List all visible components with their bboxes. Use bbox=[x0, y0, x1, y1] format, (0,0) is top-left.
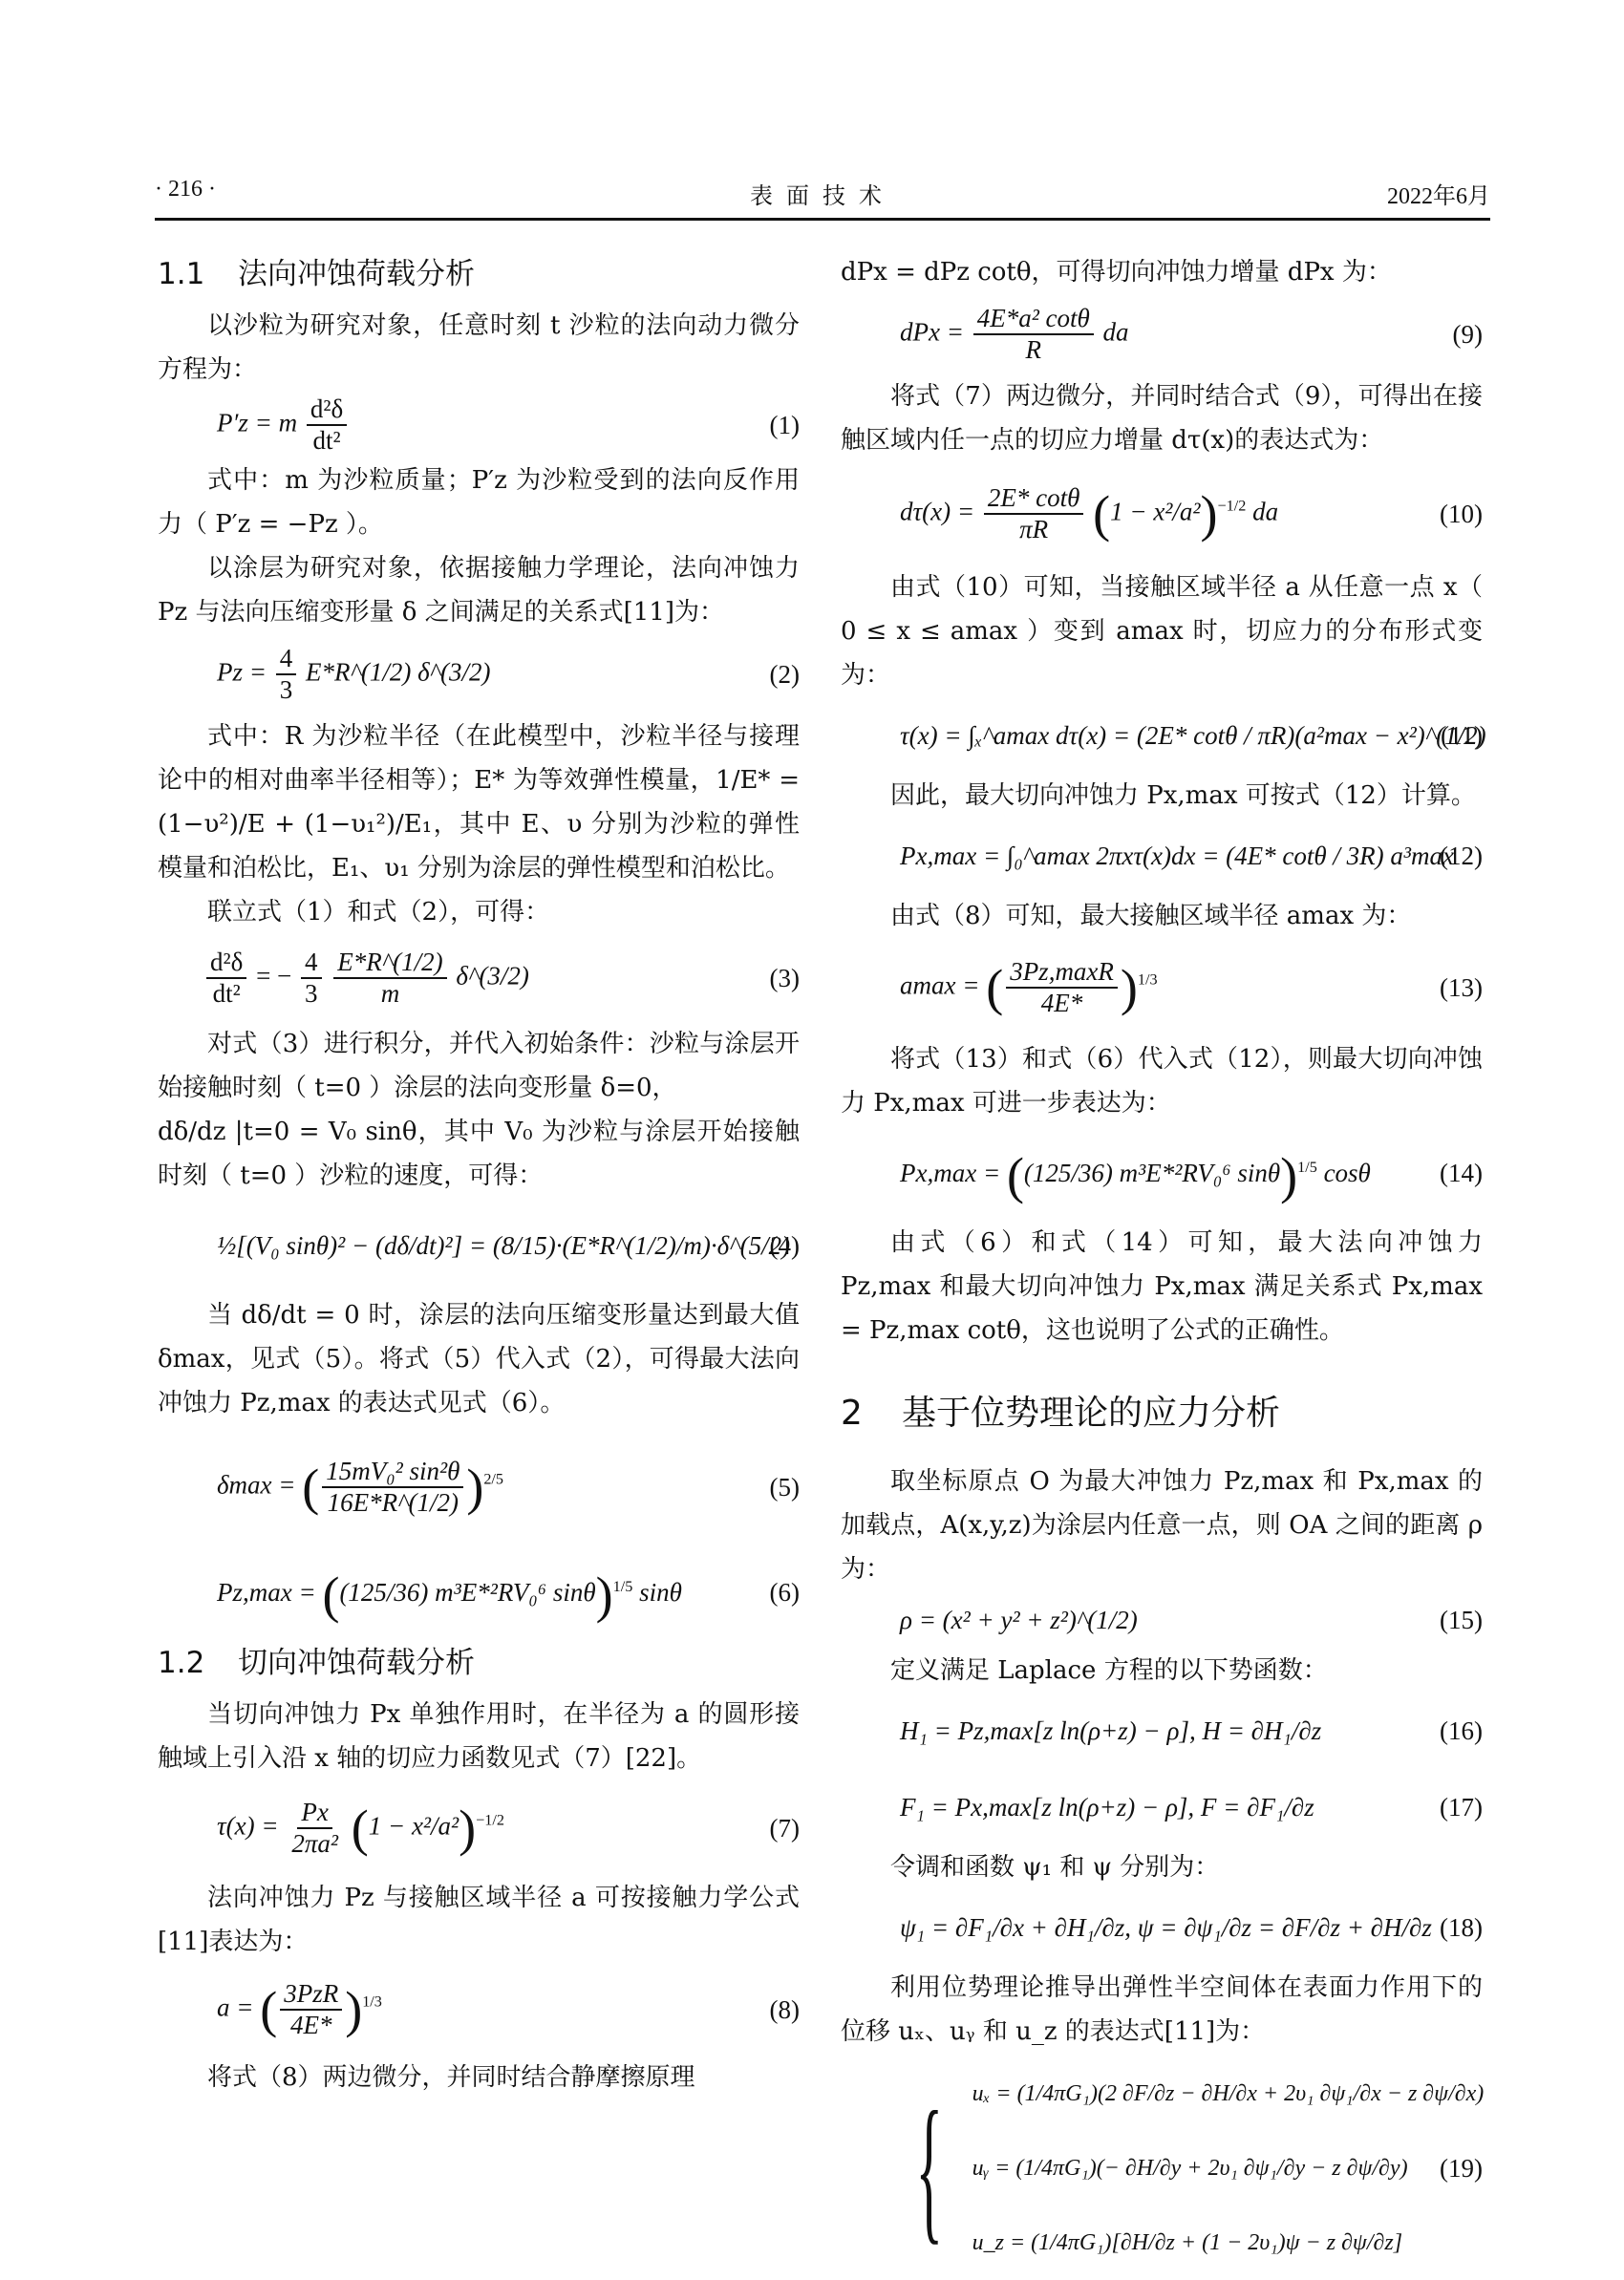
eq-denominator: 3 bbox=[276, 675, 297, 705]
paragraph: 由式（8）可知，最大接触区域半径 amax 为： bbox=[841, 894, 1483, 938]
eq-lhs: P′z = m bbox=[217, 408, 297, 437]
eq-expression: ρ = (x² + y² + z²)^(1/2) bbox=[900, 1598, 1138, 1642]
eq-denominator: 3 bbox=[301, 979, 322, 1009]
section-heading-1-2: 1.2切向冲蚀荷载分析 bbox=[158, 1639, 800, 1687]
eq-lhs: Pz = bbox=[217, 657, 267, 686]
eq-lhs: δmax = bbox=[217, 1470, 296, 1499]
eq-inner: 1 − x²/a² bbox=[1110, 497, 1200, 525]
left-brace: { bbox=[916, 2087, 944, 2249]
paragraph: 当切向冲蚀力 Px 单独作用时，在半径为 a 的圆形接触域上引入沿 x 轴的切应… bbox=[158, 1693, 800, 1780]
eq-denominator: 4E* bbox=[1037, 989, 1087, 1018]
eq-exponent: 1/5 bbox=[1297, 1159, 1317, 1176]
equation-number: (6) bbox=[770, 1570, 800, 1614]
issue-date: 2022年6月 bbox=[1387, 177, 1490, 210]
eq-lhs: τ(x) = bbox=[217, 1811, 279, 1840]
equation-10: dτ(x) = 2E* cotθπR (1 − x²/a²)−1/2 da (1… bbox=[841, 462, 1483, 565]
equation-17: F₁ = Px,max[z ln(ρ+z) − ρ], F = ∂F₁/∂z (… bbox=[841, 1769, 1483, 1845]
eq-lhs: a = bbox=[217, 1992, 253, 2021]
paragraph: 令调和函数 ψ₁ 和 ψ 分别为： bbox=[841, 1845, 1483, 1889]
equation-number: (12) bbox=[1440, 834, 1483, 878]
eq-numerator: 2E* cotθ bbox=[984, 483, 1084, 515]
eq-numerator: 4E*a² cotθ bbox=[973, 304, 1094, 335]
equation-1: P′z = m d²δdt² (1) bbox=[158, 392, 800, 458]
eq-exponent: −1/2 bbox=[1217, 497, 1246, 514]
section-number: 1.2 bbox=[158, 1639, 238, 1687]
eq-row-uy: uᵧ = (1/4πG₁)(− ∂H/∂y + 2υ₁ ∂ψ₁/∂y − z ∂… bbox=[972, 2132, 1485, 2205]
paragraph: 取坐标原点 O 为最大冲蚀力 Pz,max 和 Px,max 的加载点，A(x,… bbox=[841, 1460, 1483, 1591]
equation-number: (1) bbox=[770, 403, 800, 447]
running-header: · 216 · 表面技术 2022年6月 bbox=[155, 177, 1490, 211]
eq-expression: Px,max = ∫₀^amax 2πxτ(x)dx = (4E* cotθ /… bbox=[900, 834, 1454, 878]
equation-19: { uₓ = (1/4πG₁)(2 ∂F/∂z − ∂H/∂x + 2υ₁ ∂ψ… bbox=[841, 2054, 1483, 2280]
paragraph: 式中：R 为沙粒半径（在此模型中，沙粒半径与接理论中的相对曲率半径相等）；E* … bbox=[158, 714, 800, 890]
section-heading-1-1: 1.1法向冲蚀荷载分析 bbox=[158, 250, 800, 298]
eq-numerator: Px bbox=[297, 1798, 331, 1829]
eq-tail: da bbox=[1103, 317, 1129, 346]
eq-expression: ψ₁ = ∂F₁/∂x + ∂H₁/∂z, ψ = ∂ψ₁/∂z = ∂F/∂z… bbox=[900, 1906, 1432, 1950]
equation-3: d²δdt² = − 43 E*R^(1/2)m δ^(3/2) (3) bbox=[158, 934, 800, 1022]
paragraph: 以沙粒为研究对象，任意时刻 t 沙粒的法向动力微分方程为： bbox=[158, 304, 800, 392]
eq-tail: cosθ bbox=[1324, 1159, 1371, 1187]
paragraph: 法向冲蚀力 Pz 与接触区域半径 a 可按接触力学公式[11]表达为： bbox=[158, 1876, 800, 1964]
paragraph: dPx = dPz cotθ，可得切向冲蚀力增量 dPx 为： bbox=[841, 250, 1483, 294]
equation-11: τ(x) = ∫ₓ^amax dτ(x) = (2E* cotθ / πR)(a… bbox=[841, 697, 1483, 774]
section-number: 1.1 bbox=[158, 250, 238, 298]
eq-numerator: 15mV₀² sin²θ bbox=[322, 1457, 463, 1488]
equation-number: (8) bbox=[770, 1988, 800, 2032]
equation-5: δmax = (15mV₀² sin²θ16E*R^(1/2))2/5 (5) bbox=[158, 1425, 800, 1549]
section-title: 法向冲蚀荷载分析 bbox=[238, 257, 475, 291]
paragraph: 联立式（1）和式（2），可得： bbox=[158, 890, 800, 934]
equation-14: Px,max = ((125/36) m³E*²RV₀⁶ sinθ)1/5 co… bbox=[841, 1125, 1483, 1221]
paragraph: 利用位势理论推导出弹性半空间体在表面力作用下的位移 uₓ、uᵧ 和 u_z 的表… bbox=[841, 1966, 1483, 2054]
eq-expression: ½[(V₀ sinθ)² − (dδ/dt)²] = (8/15)·(E*R^(… bbox=[217, 1224, 790, 1268]
equation-12: Px,max = ∫₀^amax 2πxτ(x)dx = (4E* cotθ /… bbox=[841, 818, 1483, 894]
eq-lhs: amax = bbox=[900, 970, 979, 999]
equation-16: H₁ = Pz,max[z ln(ρ+z) − ρ], H = ∂H₁/∂z (… bbox=[841, 1693, 1483, 1769]
eq-lhs: Px,max = bbox=[900, 1159, 1000, 1187]
equation-number: (14) bbox=[1440, 1151, 1483, 1195]
eq-exponent: 1/3 bbox=[362, 1992, 382, 2010]
section-title: 切向冲蚀荷载分析 bbox=[238, 1646, 475, 1680]
eq-denominator: R bbox=[1022, 335, 1046, 365]
paragraph: 式中：m 为沙粒质量；P′z 为沙粒受到的法向反作用力（ P′z = −Pz ）… bbox=[158, 458, 800, 546]
eq-denominator: 4E* bbox=[287, 2011, 336, 2040]
equation-number: (11) bbox=[1441, 714, 1483, 757]
paragraph: 对式（3）进行积分，并代入初始条件：沙粒与涂层开始接触时刻（ t=0 ）涂层的法… bbox=[158, 1022, 800, 1110]
eq-denominator: 16E*R^(1/2) bbox=[324, 1488, 462, 1518]
eq-inner: (125/36) m³E*²RV₀⁶ sinθ bbox=[339, 1578, 595, 1607]
equation-13: amax = (3Pz,maxR4E*)1/3 (13) bbox=[841, 938, 1483, 1037]
equation-2: Pz = 43 E*R^(1/2) δ^(3/2) (2) bbox=[158, 634, 800, 714]
equation-number: (2) bbox=[770, 652, 800, 696]
paragraph: 当 dδ/dt = 0 时，涂层的法向压缩变形量达到最大值 δmax，见式（5）… bbox=[158, 1293, 800, 1425]
paragraph: 因此，最大切向冲蚀力 Px,max 可按式（12）计算。 bbox=[841, 774, 1483, 818]
eq-numerator: 3PzR bbox=[280, 1979, 342, 2011]
eq-lhs: dτ(x) = bbox=[900, 497, 974, 525]
eq-denominator: m bbox=[377, 979, 404, 1009]
eq-inner: (125/36) m³E*²RV₀⁶ sinθ bbox=[1024, 1159, 1280, 1187]
eq-exponent: 1/3 bbox=[1138, 970, 1158, 988]
eq-expression: H₁ = Pz,max[z ln(ρ+z) − ρ], H = ∂H₁/∂z bbox=[900, 1709, 1321, 1753]
equation-number: (18) bbox=[1440, 1906, 1483, 1950]
eq-denominator: πR bbox=[1015, 515, 1052, 544]
equation-number: (7) bbox=[770, 1806, 800, 1850]
equation-number: (9) bbox=[1453, 312, 1483, 356]
paragraph: 以涂层为研究对象，依据接触力学理论，法向冲蚀力 Pz 与法向压缩变形量 δ 之间… bbox=[158, 546, 800, 634]
eq-rest: δ^(3/2) bbox=[456, 961, 528, 990]
eq-denominator: dt² bbox=[309, 426, 344, 456]
eq-rest: E*R^(1/2) δ^(3/2) bbox=[306, 657, 491, 686]
section-title: 基于位势理论的应力分析 bbox=[902, 1394, 1280, 1433]
section-heading-2: 2基于位势理论的应力分析 bbox=[841, 1385, 1483, 1442]
equation-number: (17) bbox=[1440, 1785, 1483, 1829]
eq-exponent: 2/5 bbox=[483, 1470, 503, 1487]
eq-row-ux: uₓ = (1/4πG₁)(2 ∂F/∂z − ∂H/∂x + 2υ₁ ∂ψ₁/… bbox=[972, 2057, 1485, 2130]
header-rule bbox=[155, 218, 1490, 221]
eq-lhs: Pz,max = bbox=[217, 1578, 316, 1607]
paragraph: 由式（10）可知，当接触区域半径 a 从任意一点 x（ 0 ≤ x ≤ amax… bbox=[841, 565, 1483, 697]
equation-number: (15) bbox=[1440, 1598, 1483, 1642]
equation-7: τ(x) = Px2πa² (1 − x²/a²)−1/2 (7) bbox=[158, 1780, 800, 1876]
paragraph: 将式（8）两边微分，并同时结合静摩擦原理 bbox=[158, 2056, 800, 2099]
eq-numerator: 4 bbox=[276, 644, 297, 675]
eq-exponent: 1/5 bbox=[613, 1578, 633, 1595]
eq-denominator: 2πa² bbox=[288, 1829, 342, 1859]
equation-4: ½[(V₀ sinθ)² − (dδ/dt)²] = (8/15)·(E*R^(… bbox=[158, 1198, 800, 1293]
eq-expression: τ(x) = ∫ₓ^amax dτ(x) = (2E* cotθ / πR)(a… bbox=[900, 714, 1486, 757]
eq-row-uz: u_z = (1/4πG₁)[∂H/∂z + (1 − 2υ₁)ψ − z ∂ψ… bbox=[972, 2206, 1485, 2279]
eq-numerator: 3Pz,maxR bbox=[1006, 957, 1118, 989]
eq-expression: F₁ = Px,max[z ln(ρ+z) − ρ], F = ∂F₁/∂z bbox=[900, 1785, 1314, 1829]
paragraph: 由式（6）和式（14）可知，最大法向冲蚀力 Pz,max 和最大切向冲蚀力 Px… bbox=[841, 1221, 1483, 1353]
eq-tail: sinθ bbox=[639, 1578, 682, 1607]
eq-exponent: −1/2 bbox=[476, 1811, 504, 1828]
equation-number: (16) bbox=[1440, 1709, 1483, 1753]
eq-numerator: d²δ bbox=[307, 394, 347, 426]
equation-number: (13) bbox=[1440, 966, 1483, 1010]
equation-number: (5) bbox=[770, 1465, 800, 1509]
eq-denominator: dt² bbox=[209, 979, 245, 1009]
equation-8: a = (3PzR4E*)1/3 (8) bbox=[158, 1964, 800, 2056]
eq-numerator: E*R^(1/2) bbox=[333, 948, 446, 979]
right-column: dPx = dPz cotθ，可得切向冲蚀力增量 dPx 为： dPx = 4E… bbox=[841, 250, 1483, 2280]
eq-tail: da bbox=[1252, 497, 1278, 525]
equation-18: ψ₁ = ∂F₁/∂x + ∂H₁/∂z, ψ = ∂ψ₁/∂z = ∂F/∂z… bbox=[841, 1889, 1483, 1966]
journal-title: 表面技术 bbox=[155, 177, 1490, 210]
equation-6: Pz,max = ((125/36) m³E*²RV₀⁶ sinθ)1/5 si… bbox=[158, 1549, 800, 1635]
equation-number: (10) bbox=[1440, 492, 1483, 536]
eq-numerator: d²δ bbox=[206, 948, 246, 979]
equation-number: (19) bbox=[1440, 2146, 1483, 2190]
eq-operator: = − bbox=[256, 961, 291, 990]
equation-number: (4) bbox=[770, 1224, 800, 1268]
left-column: 1.1法向冲蚀荷载分析 以沙粒为研究对象，任意时刻 t 沙粒的法向动力微分方程为… bbox=[158, 250, 800, 2099]
paragraph: dδ/dz |t=0 = V₀ sinθ，其中 V₀ 为沙粒与涂层开始接触时刻（… bbox=[158, 1110, 800, 1198]
eq-lhs: dPx = bbox=[900, 317, 964, 346]
paragraph: 定义满足 Laplace 方程的以下势函数： bbox=[841, 1649, 1483, 1693]
eq-numerator: 4 bbox=[301, 948, 322, 979]
section-number: 2 bbox=[841, 1385, 902, 1442]
paragraph: 将式（13）和式（6）代入式（12），则最大切向冲蚀力 Px,max 可进一步表… bbox=[841, 1037, 1483, 1125]
equation-15: ρ = (x² + y² + z²)^(1/2) (15) bbox=[841, 1591, 1483, 1649]
paragraph: 将式（7）两边微分，并同时结合式（9），可得出在接触区域内任一点的切应力增量 d… bbox=[841, 374, 1483, 462]
eq-inner: 1 − x²/a² bbox=[369, 1811, 459, 1840]
equation-number: (3) bbox=[770, 956, 800, 1000]
equation-9: dPx = 4E*a² cotθR da (9) bbox=[841, 294, 1483, 374]
